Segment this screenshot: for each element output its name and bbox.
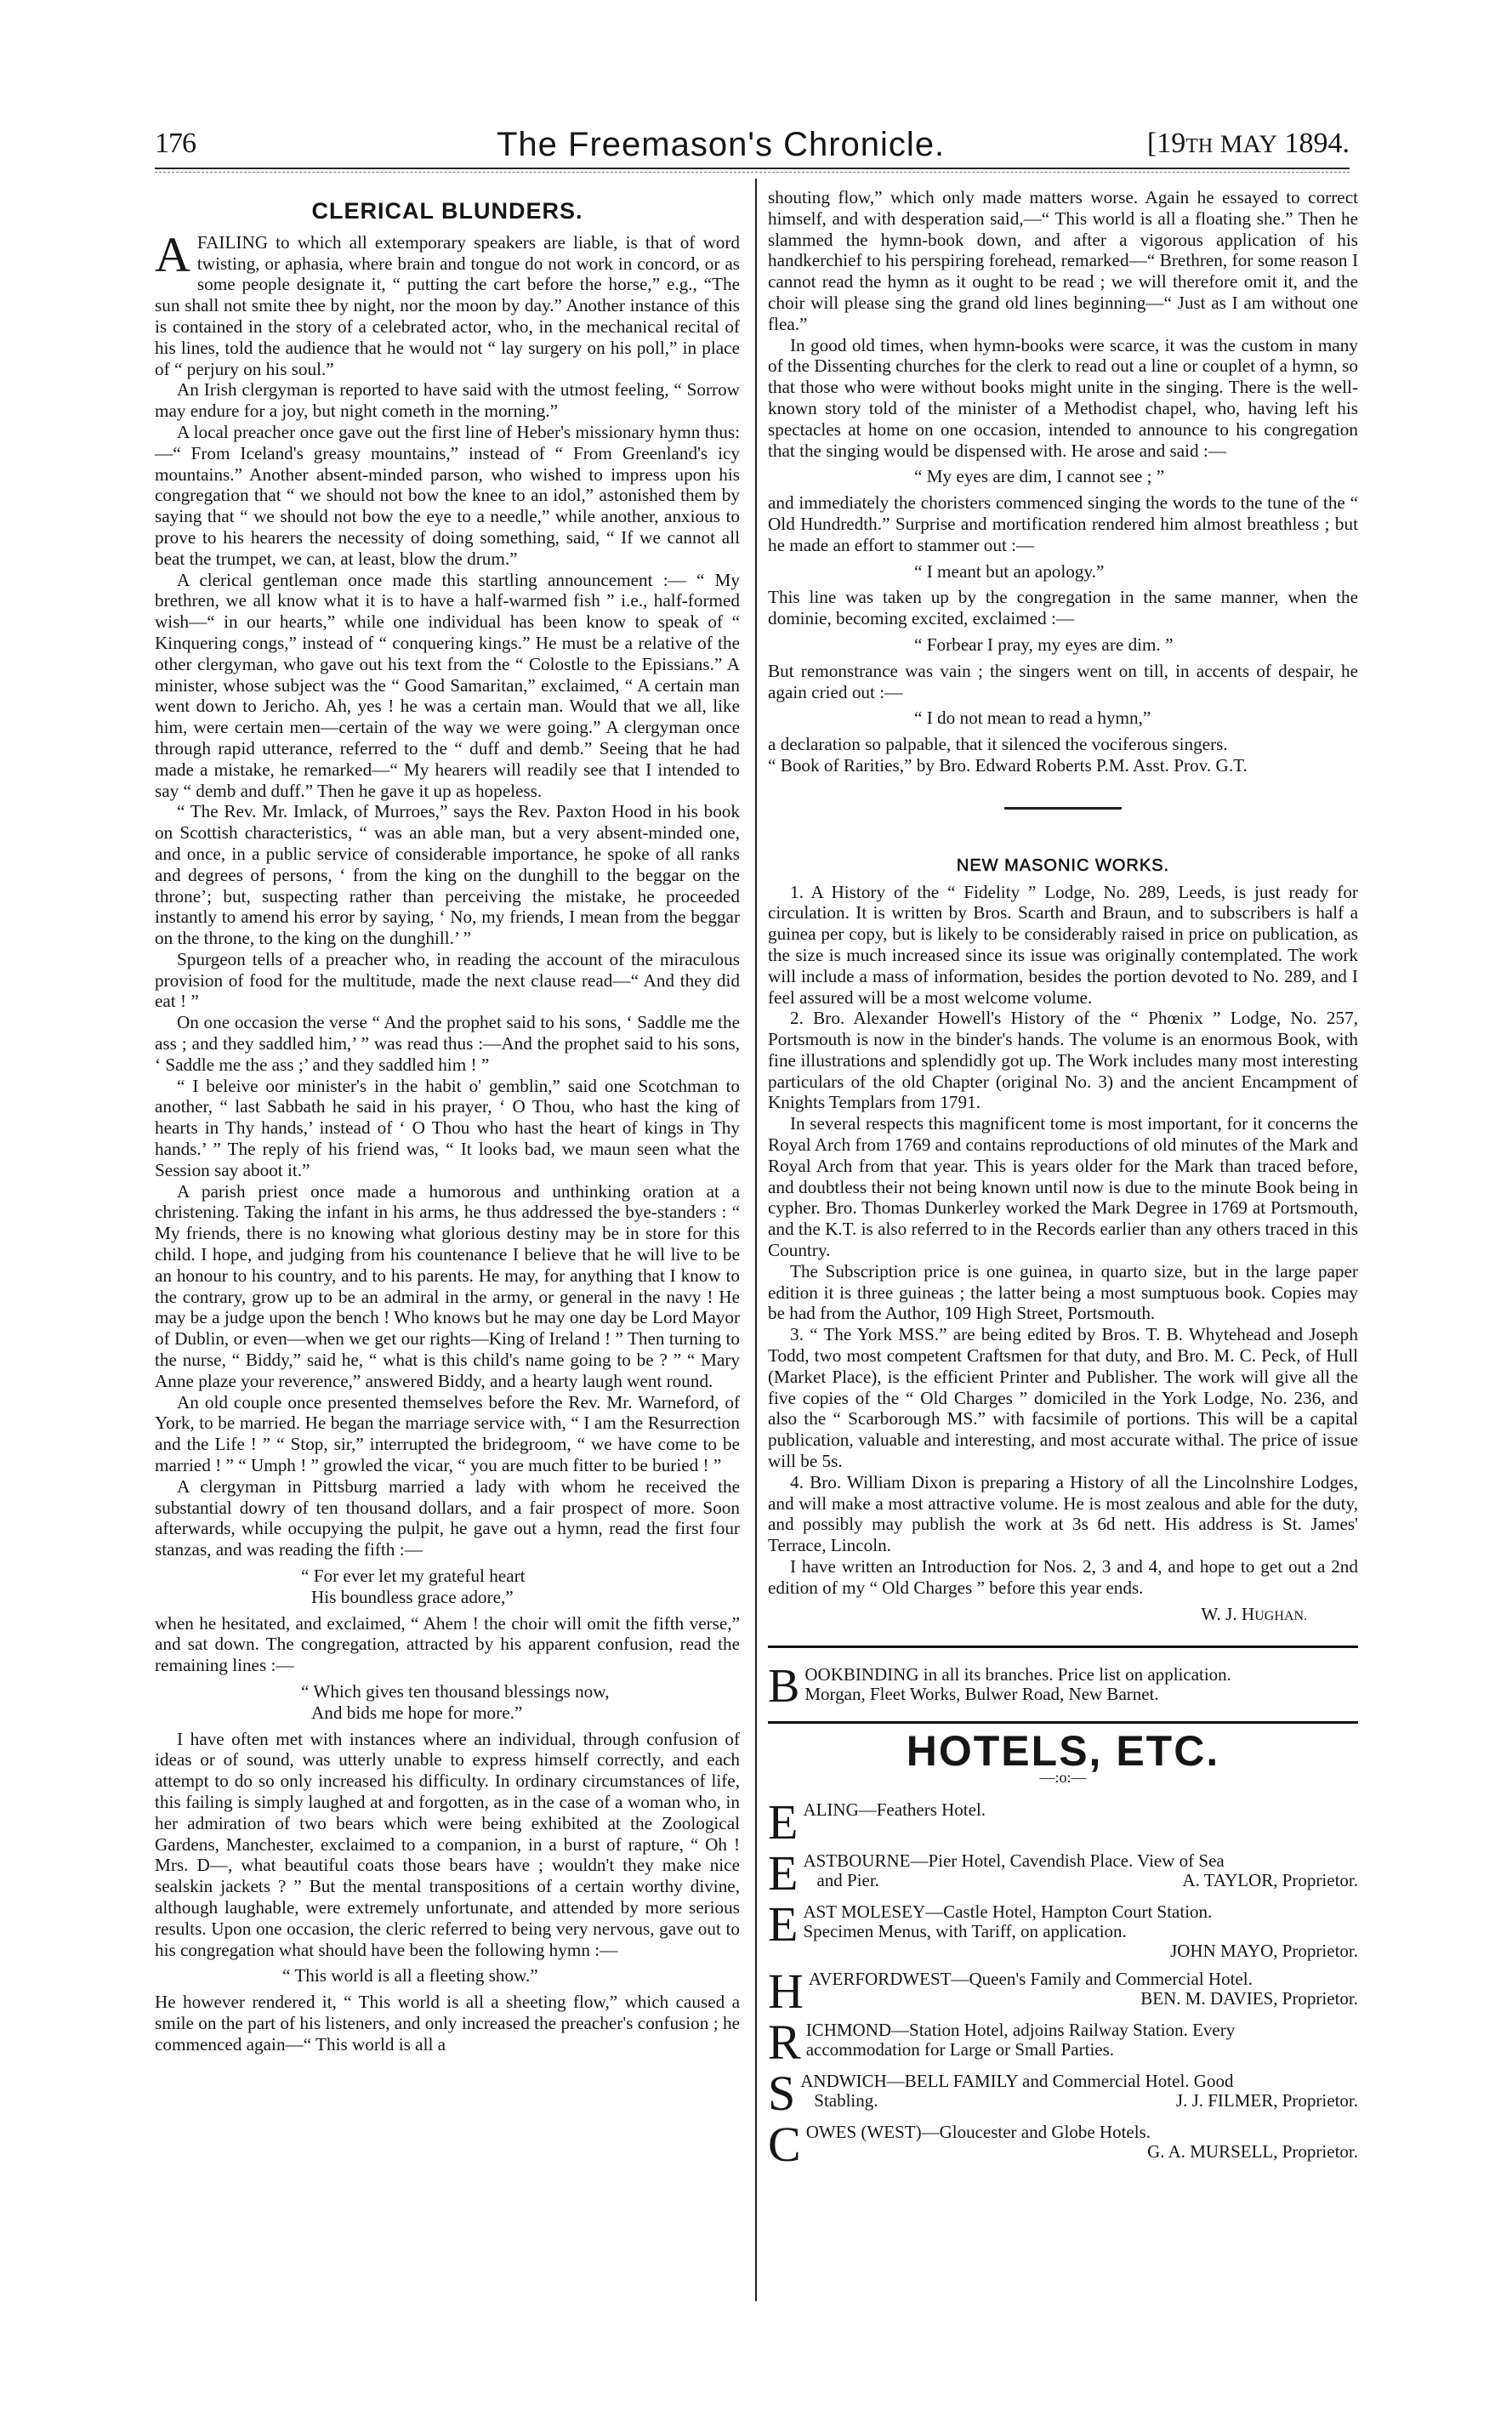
article-paragraph: But remonstrance was vain ; the singers … <box>768 661 1358 703</box>
verse-quote: “ I meant but an apology.” <box>768 561 1358 583</box>
author-signature: W. J. HUGHAN. <box>768 1604 1358 1628</box>
bookbinding-advert: B OOKBINDING in all its branches. Price … <box>768 1665 1358 1706</box>
hotel-listing: E ASTBOURNE—Pier Hotel, Cavendish Place.… <box>768 1851 1358 1894</box>
verse-quote: “ For ever let my grateful heart His bou… <box>155 1566 740 1608</box>
hotel-text: ALING—Feathers Hotel. <box>768 1800 1358 1820</box>
hotel-text: ANDWICH—BELL FAMILY and Commercial Hotel… <box>768 2072 1358 2091</box>
hotel-text: AST MOLESEY—Castle Hotel, Hampton Court … <box>768 1902 1358 1922</box>
ad-line: Morgan, Fleet Works, Bulwer Road, New Ba… <box>768 1685 1358 1704</box>
hotel-listing: E ALING—Feathers Hotel. <box>768 1800 1358 1843</box>
ad-initial: B <box>768 1667 799 1706</box>
ad-rule-top <box>768 1645 1358 1648</box>
column-divider <box>755 179 757 2301</box>
hotel-listing: H AVERFORDWEST—Queen's Family and Commer… <box>768 1969 1358 2012</box>
hotel-initial: E <box>768 1802 798 1843</box>
column-left: CLERICAL BLUNDERS. A FAILING to which al… <box>155 197 740 2055</box>
article-paragraph: a declaration so palpable, that it silen… <box>768 734 1358 755</box>
article-paragraph: “ The Rev. Mr. Imlack, of Murroes,” says… <box>155 801 740 949</box>
article-paragraph: On one occasion the verse “ And the prop… <box>155 1012 740 1075</box>
signature-rest: UGHAN. <box>1254 1609 1307 1623</box>
article-paragraph: when he hesitated, and exclaimed, “ Ahem… <box>155 1613 740 1676</box>
hotel-text: AVERFORDWEST—Queen's Family and Commerci… <box>768 1969 1358 1989</box>
hotel-listing: E AST MOLESEY—Castle Hotel, Hampton Cour… <box>768 1902 1358 1961</box>
hotel-proprietor: J. J. FILMER, Proprietor. <box>1176 2091 1358 2111</box>
header-rule-dashed <box>155 172 1350 173</box>
hotel-subtext: and Pier. <box>803 1871 879 1890</box>
hotel-subtext: Stabling. <box>800 2091 878 2111</box>
hotel-initial: H <box>768 1971 804 2012</box>
signature-initials: W. J. H <box>1201 1604 1254 1624</box>
article-paragraph: This line was taken up by the congregati… <box>768 587 1358 629</box>
date-bracket: [ <box>1147 128 1157 159</box>
article-paragraph: I have written an Introduction for Nos. … <box>768 1556 1358 1599</box>
hotel-subtext: Specimen Menus, with Tariff, on applicat… <box>768 1922 1358 1941</box>
verse-quote: “ I do not mean to read a hymn,” <box>768 708 1358 729</box>
hotel-text: OWES (WEST)—Gloucester and Globe Hotels. <box>768 2123 1358 2142</box>
verse-quote: “ Which gives ten thousand blessings now… <box>155 1681 740 1724</box>
article-paragraph: In good old times, when hymn-books were … <box>768 335 1358 462</box>
article-paragraph: An old couple once presented themselves … <box>155 1392 740 1476</box>
hotel-listing: S ANDWICH—BELL FAMILY and Commercial Hot… <box>768 2072 1358 2114</box>
ornament-divider: —:o:— <box>768 1767 1358 1788</box>
hotel-proprietor: JOHN MAYO, Proprietor. <box>768 1941 1358 1961</box>
hotel-initial: S <box>768 2073 795 2114</box>
article-paragraph: An Irish clergyman is reported to have s… <box>155 379 740 422</box>
hotel-proprietor: A. TAYLOR, Proprietor. <box>1182 1871 1358 1890</box>
hotel-listing: R ICHMOND—Station Hotel, adjoins Railway… <box>768 2021 1358 2063</box>
article-paragraph: A clerical gentleman once made this star… <box>155 570 740 802</box>
article-paragraph: I have often met with instances where an… <box>155 1729 740 1961</box>
page-header: 176 The Freemason's Chronicle. [19TH MAY… <box>155 128 1350 179</box>
masthead-title: The Freemason's Chronicle. <box>497 126 945 164</box>
verse-line: “ For ever let my grateful heart <box>301 1566 740 1587</box>
article-paragraph: 1. A History of the “ Fidelity ” Lodge, … <box>768 882 1358 1009</box>
article-source-credit: “ Book of Rarities,” by Bro. Edward Robe… <box>768 755 1358 776</box>
paragraph-text: FAILING to which all extemporary speaker… <box>155 232 740 379</box>
article-paragraph: A clergyman in Pittsburg married a lady … <box>155 1476 740 1560</box>
article-paragraph: He however rendered it, “ This world is … <box>155 1992 740 2055</box>
hotel-initial: R <box>768 2022 801 2063</box>
hotel-text: ASTBOURNE—Pier Hotel, Cavendish Place. V… <box>768 1851 1358 1871</box>
article-paragraph: 4. Bro. William Dixon is preparing a His… <box>768 1472 1358 1556</box>
hotel-listing: C OWES (WEST)—Gloucester and Globe Hotel… <box>768 2123 1358 2165</box>
verse-quote: “ This world is all a fleeting show.” <box>155 1965 740 1987</box>
verse-line: And bids me hope for more.” <box>301 1702 740 1724</box>
article-paragraph: 2. Bro. Alexander Howell's History of th… <box>768 1008 1358 1113</box>
header-rule <box>155 168 1350 169</box>
issue-date: [19TH MAY 1894. <box>1147 128 1350 160</box>
page-number: 176 <box>155 128 196 160</box>
hotel-proprietor: G. A. MURSELL, Proprietor. <box>768 2142 1358 2162</box>
date-suffix: TH <box>1185 135 1213 157</box>
date-year: 1894. <box>1285 128 1350 159</box>
date-day: 19 <box>1157 128 1185 159</box>
verse-line: His boundless grace adore,” <box>301 1587 740 1608</box>
verse-line: “ Which gives ten thousand blessings now… <box>301 1681 740 1702</box>
article-paragraph: “ I beleive oor minister's in the habit … <box>155 1076 740 1181</box>
article-title-new-masonic-works: NEW MASONIC WORKS. <box>768 855 1358 877</box>
article-title-clerical-blunders: CLERICAL BLUNDERS. <box>155 201 740 222</box>
verse-quote: “ Forbear I pray, my eyes are dim. ” <box>768 634 1358 656</box>
article-paragraph-continued: shouting flow,” which only made matters … <box>768 187 1358 335</box>
drop-cap: A <box>155 236 190 275</box>
article-paragraph: A local preacher once gave out the first… <box>155 422 740 570</box>
article-paragraph: A parish priest once made a humorous and… <box>155 1181 740 1392</box>
article-paragraph: In several respects this magnificent tom… <box>768 1113 1358 1261</box>
date-month: MAY <box>1220 130 1277 158</box>
article-paragraph: Spurgeon tells of a preacher who, in rea… <box>155 949 740 1012</box>
hotel-initial: E <box>768 1904 798 1945</box>
article-paragraph: The Subscription price is one guinea, in… <box>768 1261 1358 1324</box>
verse-quote: “ My eyes are dim, I cannot see ; ” <box>768 466 1358 487</box>
section-separator <box>1004 807 1122 810</box>
hotel-subtext: accommodation for Large or Small Parties… <box>768 2040 1358 2060</box>
section-title-hotels: HOTELS, ETC. <box>768 1741 1358 1762</box>
hotel-initial: E <box>768 1853 798 1894</box>
article-paragraph: A FAILING to which all extemporary speak… <box>155 232 740 380</box>
article-paragraph: 3. “ The York MSS.” are being edited by … <box>768 1324 1358 1472</box>
ad-rule-bottom <box>768 1721 1358 1724</box>
article-paragraph: and immediately the choristers commenced… <box>768 492 1358 555</box>
hotel-text: ICHMOND—Station Hotel, adjoins Railway S… <box>768 2021 1358 2040</box>
hotel-initial: C <box>768 2124 801 2165</box>
column-right: shouting flow,” which only made matters … <box>768 187 1358 2174</box>
ad-line: OOKBINDING in all its branches. Price li… <box>768 1665 1358 1685</box>
hotel-proprietor: BEN. M. DAVIES, Proprietor. <box>768 1989 1358 2009</box>
